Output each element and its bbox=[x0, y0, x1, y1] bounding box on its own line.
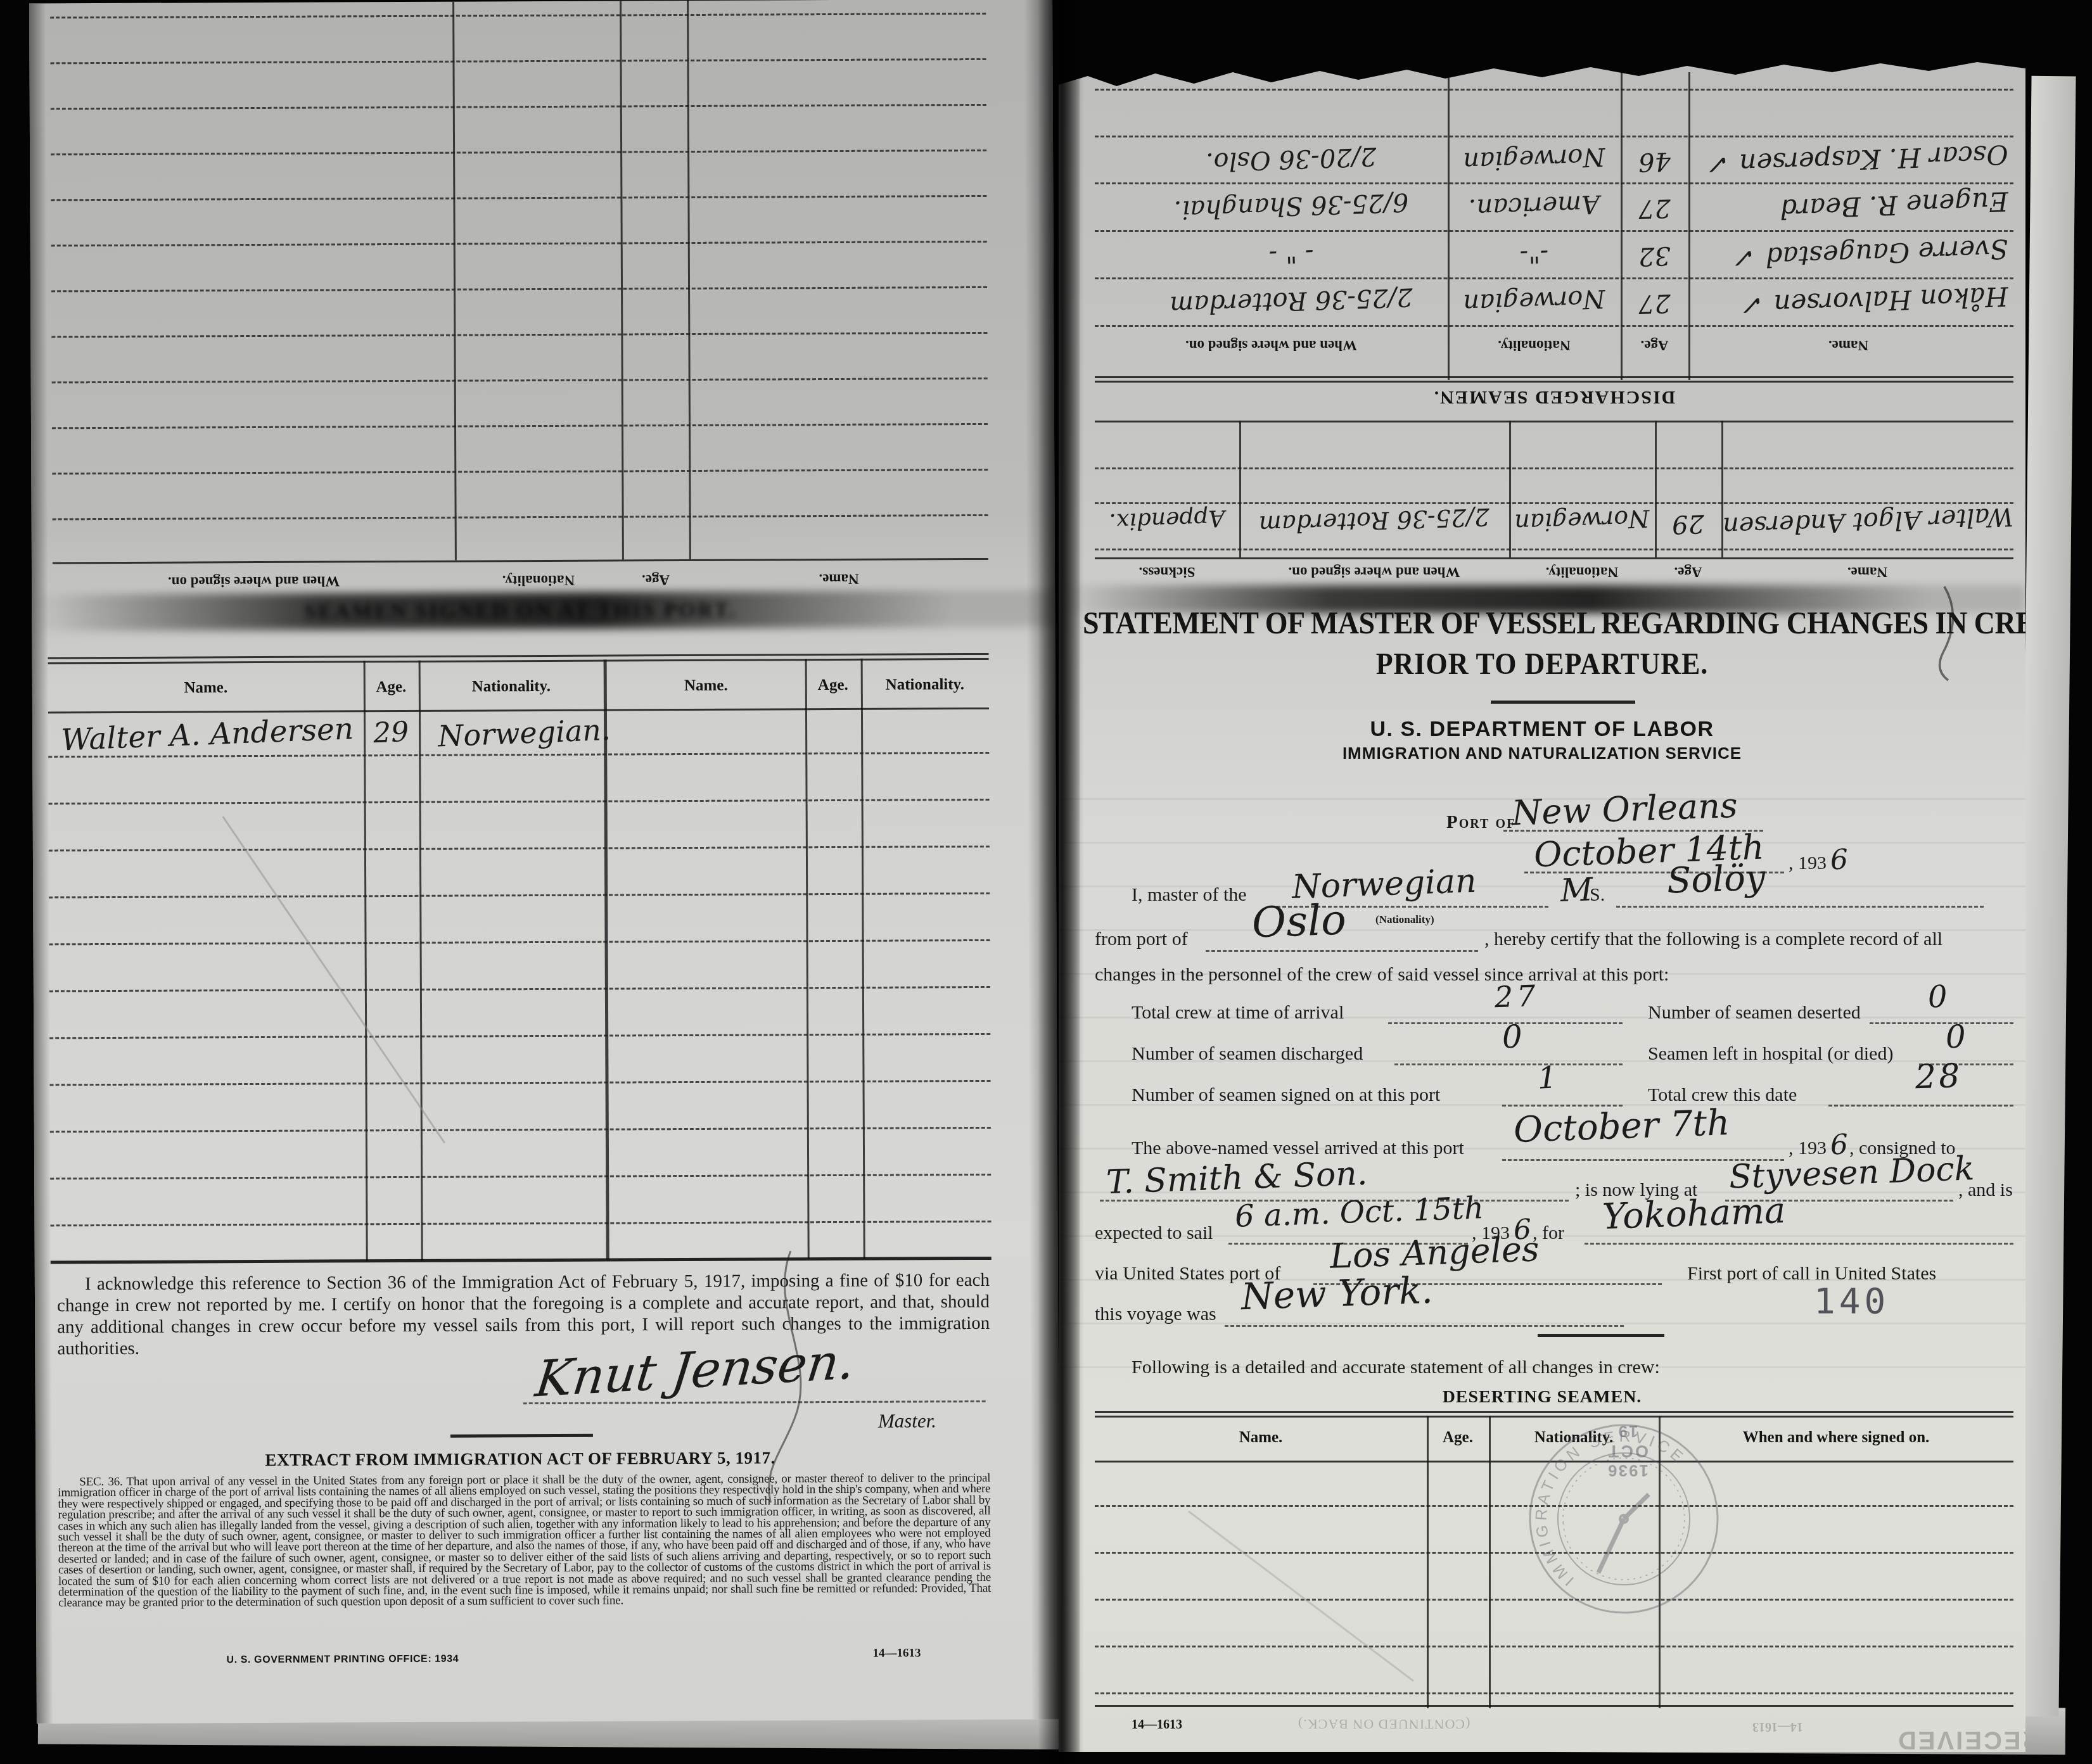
page-gutter-shadow bbox=[1038, 0, 1080, 1764]
left-page: When and where signed on. Nationality. A… bbox=[29, 0, 1060, 1724]
scanned-document: When and where signed on. Nationality. A… bbox=[0, 0, 2092, 1764]
pen-stroke-overlay bbox=[1059, 60, 2025, 1752]
right-page: Oscar H. Kaspersen ✓ 46 Norwegian 2/20-3… bbox=[1059, 60, 2025, 1752]
pen-stroke-overlay bbox=[29, 0, 1060, 1724]
